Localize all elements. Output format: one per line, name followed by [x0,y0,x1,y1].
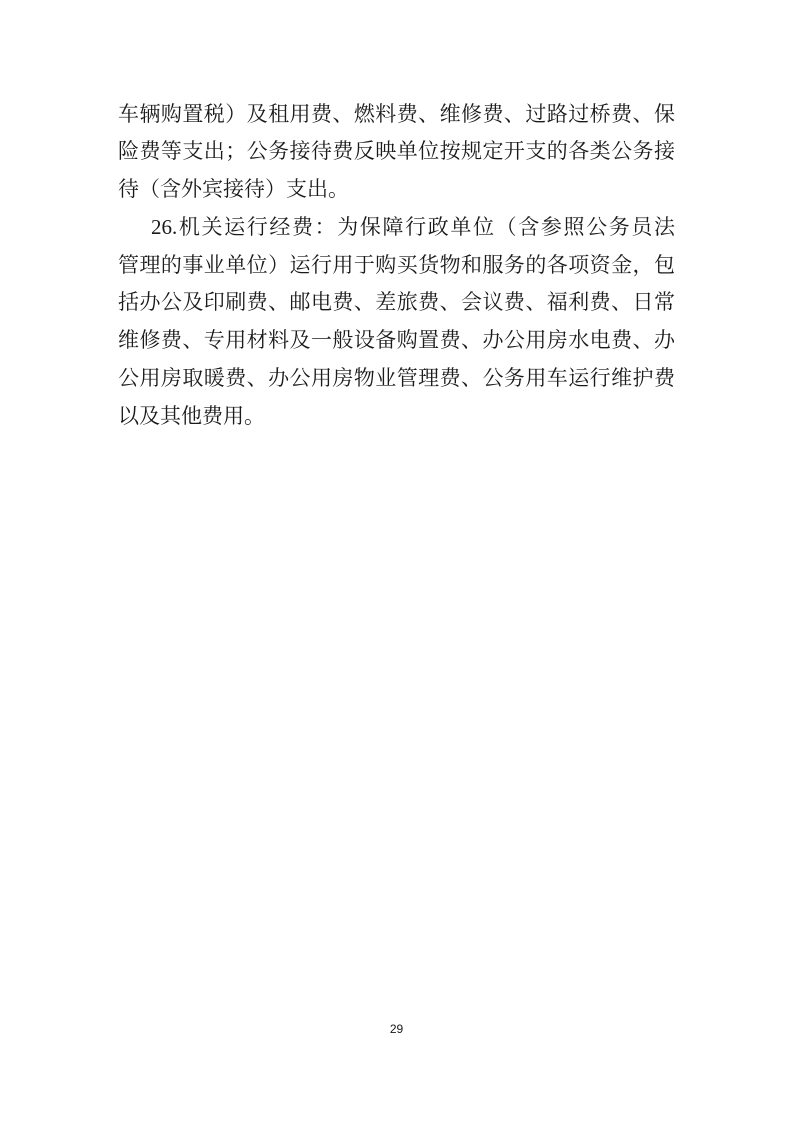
text-line: 以及其他费用。 [118,398,675,436]
paragraph-agency-operating-funds: 26.机关运行经费：为保障行政单位（含参照公务员法 管理的事业单位）运行用于购买… [118,209,675,436]
text-line: 待（含外宾接待）支出。 [118,171,675,209]
text-line: 维修费、专用材料及一般设备购置费、办公用房水电费、办 [118,322,675,360]
paragraph-vehicle-expenses: 车辆购置税）及租用费、燃料费、维修费、过路过桥费、保 险费等支出；公务接待费反映… [118,96,675,209]
text-line: 26.机关运行经费：为保障行政单位（含参照公务员法 [118,209,675,247]
document-page: 车辆购置税）及租用费、燃料费、维修费、过路过桥费、保 险费等支出；公务接待费反映… [0,0,793,1122]
text-line: 车辆购置税）及租用费、燃料费、维修费、过路过桥费、保 [118,96,675,134]
text-line: 管理的事业单位）运行用于购买货物和服务的各项资金，包 [118,247,675,285]
text-block: 车辆购置税）及租用费、燃料费、维修费、过路过桥费、保 险费等支出；公务接待费反映… [118,96,675,436]
text-line: 公用房取暖费、办公用房物业管理费、公务用车运行维护费 [118,360,675,398]
text-line: 险费等支出；公务接待费反映单位按规定开支的各类公务接 [118,133,675,171]
page-number: 29 [0,1021,793,1037]
text-line: 括办公及印刷费、邮电费、差旅费、会议费、福利费、日常 [118,284,675,322]
